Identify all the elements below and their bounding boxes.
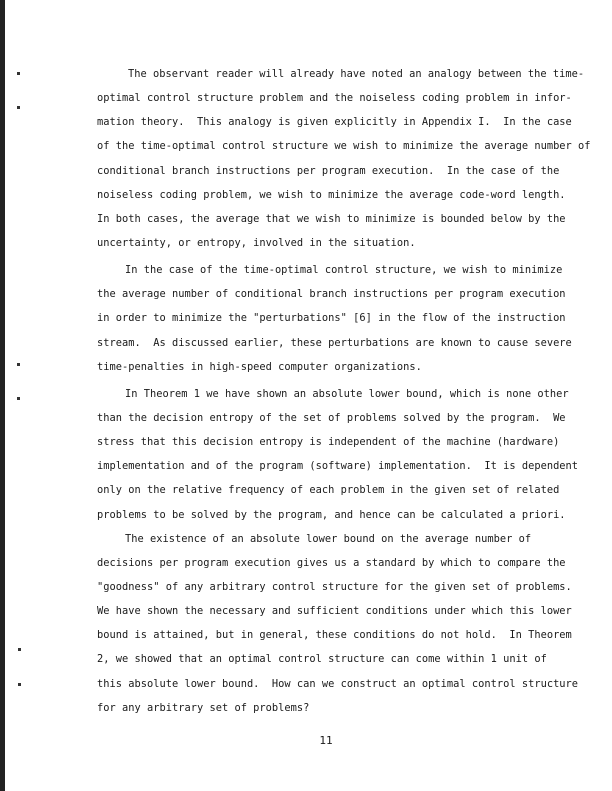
paragraph-4: The existence of an absolute lower bound… (97, 527, 607, 720)
text-line: In the case of the time-optimal control … (97, 258, 607, 282)
text-line: 2, we showed that an optimal control str… (97, 647, 607, 671)
text-line: time-penalties in high-speed computer or… (97, 355, 607, 379)
text-line: "goodness" of any arbitrary control stru… (97, 575, 607, 599)
text-line: The existence of an absolute lower bound… (97, 527, 607, 551)
text-line: than the decision entropy of the set of … (97, 406, 607, 430)
text-line: in order to minimize the "perturbations"… (97, 306, 607, 330)
margin-mark (17, 363, 20, 366)
text-line: mation theory. This analogy is given exp… (97, 110, 607, 134)
text-line: conditional branch instructions per prog… (97, 159, 607, 183)
text-line: stream. As discussed earlier, these pert… (97, 331, 607, 355)
paragraph-2: In the case of the time-optimal control … (97, 258, 607, 379)
text-line: decisions per program execution gives us… (97, 551, 607, 575)
text-line: noiseless coding problem, we wish to min… (97, 183, 607, 207)
text-line: uncertainty, or entropy, involved in the… (97, 231, 607, 255)
margin-mark (17, 397, 20, 400)
text-line: of the time-optimal control structure we… (97, 134, 607, 158)
text-line: implementation and of the program (softw… (97, 454, 607, 478)
paragraph-3: In Theorem 1 we have shown an absolute l… (97, 382, 607, 527)
document-body: The observant reader will already have n… (97, 62, 607, 720)
page-number: 11 (0, 731, 612, 751)
text-line: bound is attained, but in general, these… (97, 623, 607, 647)
margin-mark (18, 683, 21, 686)
text-line: optimal control structure problem and th… (97, 86, 607, 110)
text-line: for any arbitrary set of problems? (97, 696, 607, 720)
text-line: In Theorem 1 we have shown an absolute l… (97, 382, 607, 406)
page-binding-edge (0, 0, 5, 791)
margin-mark (18, 648, 21, 651)
text-line: In both cases, the average that we wish … (97, 207, 607, 231)
text-line: We have shown the necessary and sufficie… (97, 599, 607, 623)
paragraph-1: The observant reader will already have n… (97, 62, 607, 255)
text-line: this absolute lower bound. How can we co… (97, 672, 607, 696)
text-line: The observant reader will already have n… (97, 62, 607, 86)
text-line: only on the relative frequency of each p… (97, 478, 607, 502)
text-line: the average number of conditional branch… (97, 282, 607, 306)
text-line: stress that this decision entropy is ind… (97, 430, 607, 454)
margin-mark (17, 106, 20, 109)
margin-mark (17, 72, 20, 75)
text-line: problems to be solved by the program, an… (97, 503, 607, 527)
